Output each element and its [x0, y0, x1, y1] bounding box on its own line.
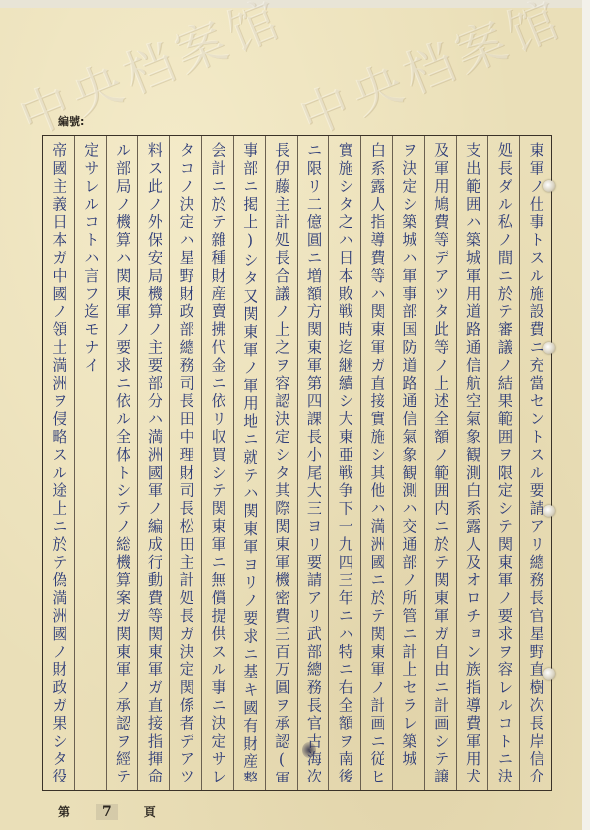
manuscript-column: 實施シタ之ハ日本敗戦時迄継續シ大東亜戦争下一九四三年ニハ特ニ右全額ヲ南後戦争	[328, 136, 360, 790]
column-text: 長伊藤主計処長合議ノ上之ヲ容認決定シタ其際関東軍機密費三百万圓ヲ承認(軍	[273, 142, 289, 782]
column-text: 實施シタ之ハ日本敗戦時迄継續シ大東亜戦争下一九四三年ニハ特ニ右全額ヲ南後戦争	[337, 142, 353, 782]
manuscript-column: ル部局ノ機算ハ関東軍ノ要求ニ依ル全体トシテノ総機算案ガ関東軍ノ承認ヲ經テ決	[106, 136, 138, 790]
punch-hole	[543, 342, 555, 354]
manuscript-column: 帝國主義日本ガ中國ノ領土満洲ヲ侵略スル途上ニ於テ偽満洲國ノ財政ガ果シタ役割ハ	[43, 136, 74, 790]
reference-number-label: 編號:	[58, 113, 84, 129]
column-text: 定サレルコトハ言フ迄モナイ	[82, 142, 98, 782]
punch-hole	[543, 668, 555, 680]
column-text: 白系露人指導費等ハ関東軍ガ直接實施シ其他ハ満洲國ニ於テ関東軍ノ計画ニ従ヒ	[369, 142, 385, 782]
manuscript-column: 白系露人指導費等ハ関東軍ガ直接實施シ其他ハ満洲國ニ於テ関東軍ノ計画ニ従ヒ	[360, 136, 392, 790]
archive-watermark: 中央档案馆	[287, 0, 574, 150]
column-text: ヲ決定シ築城ハ軍事部国防道路通信氣象観測ハ交通部ノ所管ニ計上セラレ築城	[401, 142, 417, 782]
manuscript-column: ヲ決定シ築城ハ軍事部国防道路通信氣象観測ハ交通部ノ所管ニ計上セラレ築城	[392, 136, 424, 790]
ink-stain	[302, 742, 316, 758]
manuscript-column: 東軍ノ仕事トスル施設費ニ充當セントスル要請アリ總務長官星野直樹次長岸信介主計	[519, 136, 551, 790]
manuscript-grid: 東軍ノ仕事トスル施設費ニ充當セントスル要請アリ總務長官星野直樹次長岸信介主計処長…	[42, 135, 552, 791]
column-text: タコノ決定ハ星野財政部總務司長田中理財司長松田主計処長ガ決定関係者デアツタト思	[178, 142, 194, 782]
column-text: 帝國主義日本ガ中國ノ領土満洲ヲ侵略スル途上ニ於テ偽満洲國ノ財政ガ果シタ役割ハ	[51, 142, 67, 782]
archive-watermark: 中央档案馆	[7, 0, 294, 150]
column-text: 会計ニ於テ雜種財産賣拂代金ニ依リ収買シテ関東軍ニ無償提供スル事ニ決定サレテ居	[210, 142, 226, 782]
page-suffix: 頁	[144, 803, 156, 820]
page-edge	[582, 0, 590, 830]
column-text: ル部局ノ機算ハ関東軍ノ要求ニ依ル全体トシテノ総機算案ガ関東軍ノ承認ヲ經テ決	[114, 142, 130, 782]
manuscript-column: 会計ニ於テ雜種財産賣拂代金ニ依リ収買シテ関東軍ニ無償提供スル事ニ決定サレテ居	[201, 136, 233, 790]
column-text: 料ス此ノ外保安局機算ノ主要部分ハ満洲國軍ノ編成行動費等関東軍ガ直接指揮命令ス	[146, 142, 162, 782]
manuscript-column: 支出範囲ハ築城軍用道路通信航空氣象観測白系露人及オロチョン族指導費軍用犬	[456, 136, 488, 790]
document-page: 中央档案馆 中央档案馆 編號: 東軍ノ仕事トスル施設費ニ充當セントスル要請アリ總…	[0, 8, 582, 830]
manuscript-column: タコノ決定ハ星野財政部總務司長田中理財司長松田主計処長ガ決定関係者デアツタト思	[169, 136, 201, 790]
column-text: 及軍用鳩費等デアツタ此等ノ上述全額ノ範囲内ニ於テ関東軍ガ自由ニ計画シテ譲導額	[432, 142, 448, 782]
column-text: 支出範囲ハ築城軍用道路通信航空氣象観測白系露人及オロチョン族指導費軍用犬	[464, 142, 480, 782]
punch-hole	[543, 505, 555, 517]
column-text: 東軍ノ仕事トスル施設費ニ充當セントスル要請アリ總務長官星野直樹次長岸信介主計	[528, 142, 544, 782]
manuscript-column: ニ限リ二億圓ニ増額方関東軍第四課長小尾大三ヨリ要請アリ武部總務長官古海次	[297, 136, 329, 790]
manuscript-column: 及軍用鳩費等デアツタ此等ノ上述全額ノ範囲内ニ於テ関東軍ガ自由ニ計画シテ譲導額	[424, 136, 456, 790]
page-prefix: 第	[58, 803, 70, 820]
manuscript-column: 事部ニ掲上)シタ又関東軍ノ軍用地ニ就テハ関東軍ヨリノ要求ニ基キ國有財産整理特別	[233, 136, 265, 790]
manuscript-column: 処長ダル私ノ間ニ於テ審議ノ結果範囲ヲ限定シテ関東軍ノ要求ヲ容レルコトニ決定シタ其…	[487, 136, 519, 790]
manuscript-column: 長伊藤主計処長合議ノ上之ヲ容認決定シタ其際関東軍機密費三百万圓ヲ承認(軍	[265, 136, 297, 790]
manuscript-column: 料ス此ノ外保安局機算ノ主要部分ハ満洲國軍ノ編成行動費等関東軍ガ直接指揮命令ス	[137, 136, 169, 790]
page-number: 7	[96, 804, 118, 820]
column-text: 処長ダル私ノ間ニ於テ審議ノ結果範囲ヲ限定シテ関東軍ノ要求ヲ容レルコトニ決定シタ其…	[496, 142, 512, 782]
column-text: ニ限リ二億圓ニ増額方関東軍第四課長小尾大三ヨリ要請アリ武部總務長官古海次	[305, 142, 321, 782]
column-text: 事部ニ掲上)シタ又関東軍ノ軍用地ニ就テハ関東軍ヨリノ要求ニ基キ國有財産整理特別	[242, 142, 258, 782]
punch-hole	[543, 180, 555, 192]
manuscript-column: 定サレルコトハ言フ迄モナイ	[74, 136, 106, 790]
page-footer: 第 7 頁	[58, 803, 156, 820]
